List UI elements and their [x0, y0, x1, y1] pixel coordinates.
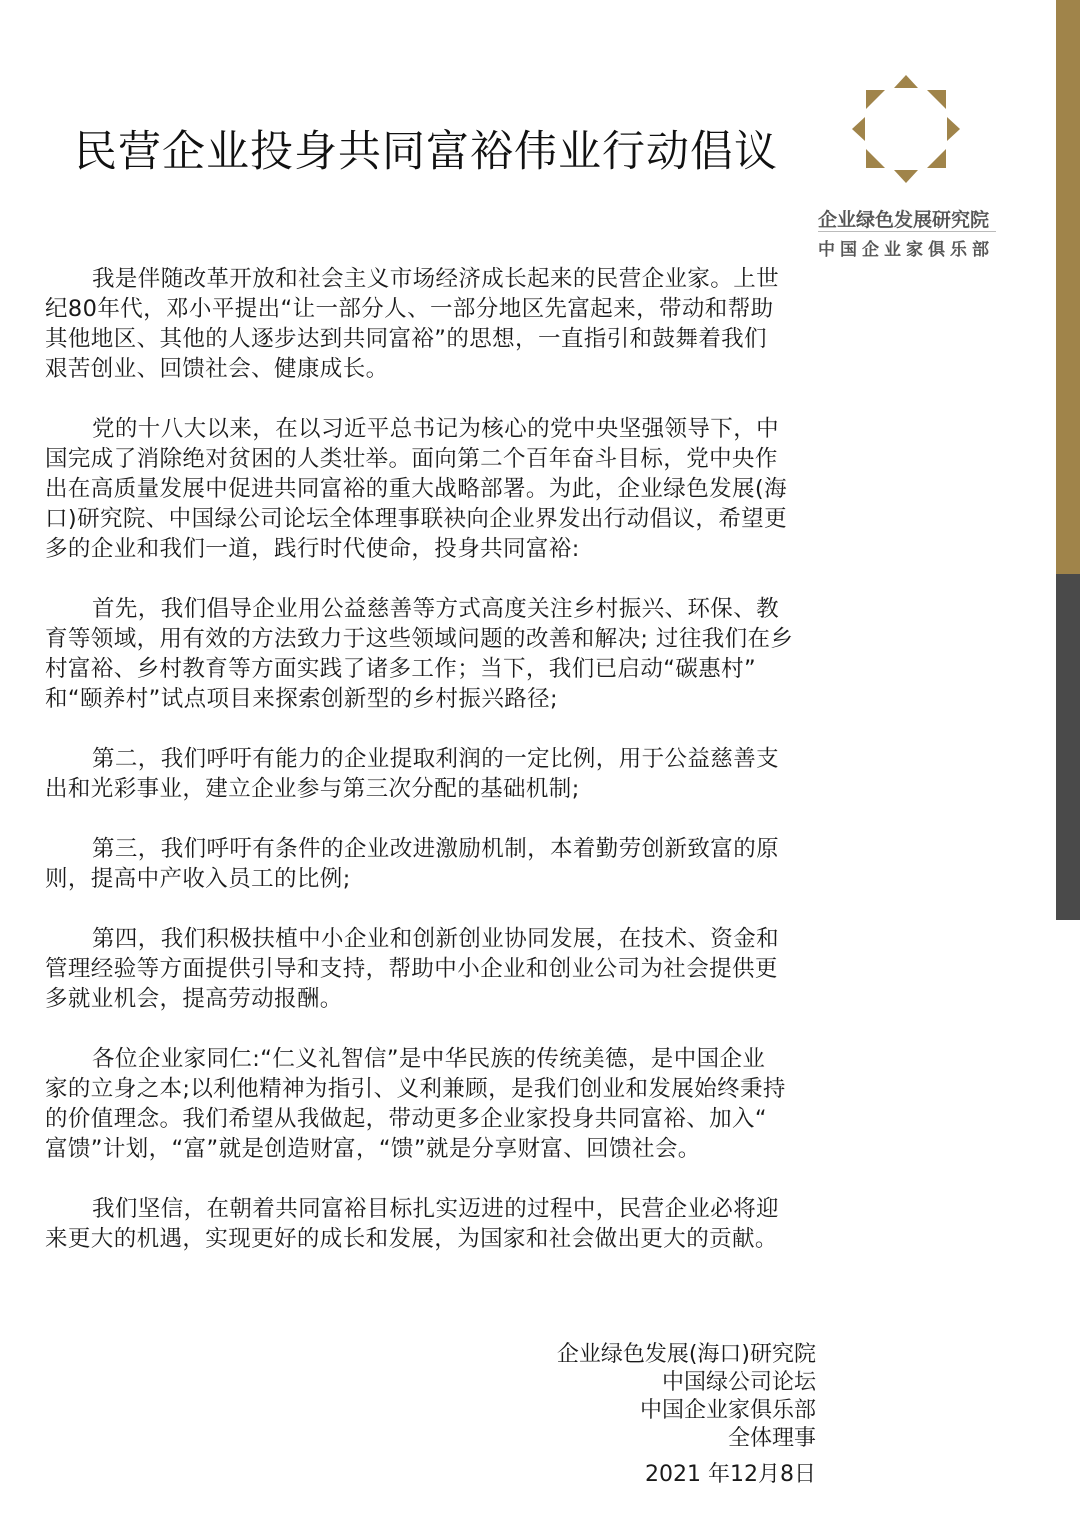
paragraph-line: 国完成了消除绝对贫困的人类壮举。面向第二个百年奋斗目标，党中央作 [45, 444, 815, 474]
paragraph: 党的十八大以来，在以习近平总书记为核心的党中央坚强领导下，中国完成了消除绝对贫困… [45, 414, 815, 564]
paragraph-line: 第四，我们积极扶植中小企业和创新创业协同发展，在技术、资金和 [45, 924, 815, 954]
paragraph-line: 多就业机会，提高劳动报酬。 [45, 984, 815, 1014]
letter-body: 我是伴随改革开放和社会主义市场经济成长起来的民营企业家。上世纪80年代，邓小平提… [45, 264, 815, 1284]
paragraph-line: 第二，我们呼吁有能力的企业提取利润的一定比例，用于公益慈善支 [45, 744, 815, 774]
paragraph-line: 来更大的机遇，实现更好的成长和发展，为国家和社会做出更大的贡献。 [45, 1224, 815, 1254]
paragraph-line: 纪80年代，邓小平提出“让一部分人、一部分地区先富起来，带动和帮助 [45, 294, 815, 324]
paragraph-line: 艰苦创业、回馈社会、健康成长。 [45, 354, 815, 384]
paragraph: 首先，我们倡导企业用公益慈善等方式高度关注乡村振兴、环保、教育等领域，用有效的方… [45, 594, 815, 714]
logo-org-name-secondary: 中国企业家俱乐部 [818, 235, 998, 260]
paragraph: 第三，我们呼吁有条件的企业改进激励机制，本着勤劳创新致富的原则，提高中产收入员工… [45, 834, 815, 894]
paragraph: 第四，我们积极扶植中小企业和创新创业协同发展，在技术、资金和管理经验等方面提供引… [45, 924, 815, 1014]
paragraph-line: 富馈”计划，“富”就是创造财富，“馈”就是分享财富、回馈社会。 [45, 1134, 815, 1164]
paragraph-line: 管理经验等方面提供引导和支持，帮助中小企业和创业公司为社会提供更 [45, 954, 815, 984]
paragraph-line: 多的企业和我们一道，践行时代使命，投身共同富裕: [45, 534, 815, 564]
signature-org: 全体理事 [557, 1425, 816, 1453]
organization-logo: 企业绿色发展研究院 中国企业家俱乐部 [812, 70, 1002, 260]
side-accent-bar-gold [1056, 0, 1080, 574]
paragraph: 我们坚信，在朝着共同富裕目标扎实迈进的过程中，民营企业必将迎来更大的机遇，实现更… [45, 1194, 815, 1254]
paragraph-line: 育等领域，用有效的方法致力于这些领域问题的改善和解决; 过往我们在乡 [45, 624, 815, 654]
paragraph: 第二，我们呼吁有能力的企业提取利润的一定比例，用于公益慈善支出和光彩事业，建立企… [45, 744, 815, 804]
paragraph-line: 其他地区、其他的人逐步达到共同富裕”的思想，一直指引和鼓舞着我们 [45, 324, 815, 354]
paragraph-line: 村富裕、乡村教育等方面实践了诸多工作；当下，我们已启动“碳惠村” [45, 654, 815, 684]
signature-date: 2021 年12月8日 [557, 1461, 816, 1489]
paragraph: 我是伴随改革开放和社会主义市场经济成长起来的民营企业家。上世纪80年代，邓小平提… [45, 264, 815, 384]
paragraph-line: 出和光彩事业，建立企业参与第三次分配的基础机制; [45, 774, 815, 804]
paragraph-line: 党的十八大以来，在以习近平总书记为核心的党中央坚强领导下，中 [45, 414, 815, 444]
paragraph-line: 首先，我们倡导企业用公益慈善等方式高度关注乡村振兴、环保、教 [45, 594, 815, 624]
paragraph-line: 第三，我们呼吁有条件的企业改进激励机制，本着勤劳创新致富的原 [45, 834, 815, 864]
paragraph-line: 家的立身之本;以利他精神为指引、义利兼顾，是我们创业和发展始终秉持 [45, 1074, 815, 1104]
paragraph-line: 口)研究院、中国绿公司论坛全体理事联袂向企业界发出行动倡议，希望更 [45, 504, 815, 534]
logo-org-name-primary: 企业绿色发展研究院 [818, 205, 998, 232]
paragraph-line: 的价值理念。我们希望从我做起，带动更多企业家投身共同富裕、加入“ [45, 1104, 815, 1134]
signature-org: 中国绿公司论坛 [557, 1369, 816, 1397]
sun-octagon-logo-icon [846, 72, 966, 192]
paragraph-line: 我是伴随改革开放和社会主义市场经济成长起来的民营企业家。上世 [45, 264, 815, 294]
paragraph-line: 则，提高中产收入员工的比例; [45, 864, 815, 894]
paragraph-line: 和“颐养村”试点项目来探索创新型的乡村振兴路径; [45, 684, 815, 714]
paragraph-line: 我们坚信，在朝着共同富裕目标扎实迈进的过程中，民营企业必将迎 [45, 1194, 815, 1224]
paragraph-line: 出在高质量发展中促进共同富裕的重大战略部署。为此，企业绿色发展(海 [45, 474, 815, 504]
paragraph-line: 各位企业家同仁:“仁义礼智信”是中华民族的传统美德，是中国企业 [45, 1044, 815, 1074]
signature-org: 企业绿色发展(海口)研究院 [557, 1341, 816, 1369]
logo-divider [818, 231, 996, 232]
side-accent-bar-dark [1056, 574, 1080, 920]
paragraph: 各位企业家同仁:“仁义礼智信”是中华民族的传统美德，是中国企业家的立身之本;以利… [45, 1044, 815, 1164]
signature-block: 企业绿色发展(海口)研究院 中国绿公司论坛 中国企业家俱乐部 全体理事 2021… [557, 1341, 816, 1489]
signature-org: 中国企业家俱乐部 [557, 1397, 816, 1425]
page-title: 民营企业投身共同富裕伟业行动倡议 [74, 118, 778, 179]
